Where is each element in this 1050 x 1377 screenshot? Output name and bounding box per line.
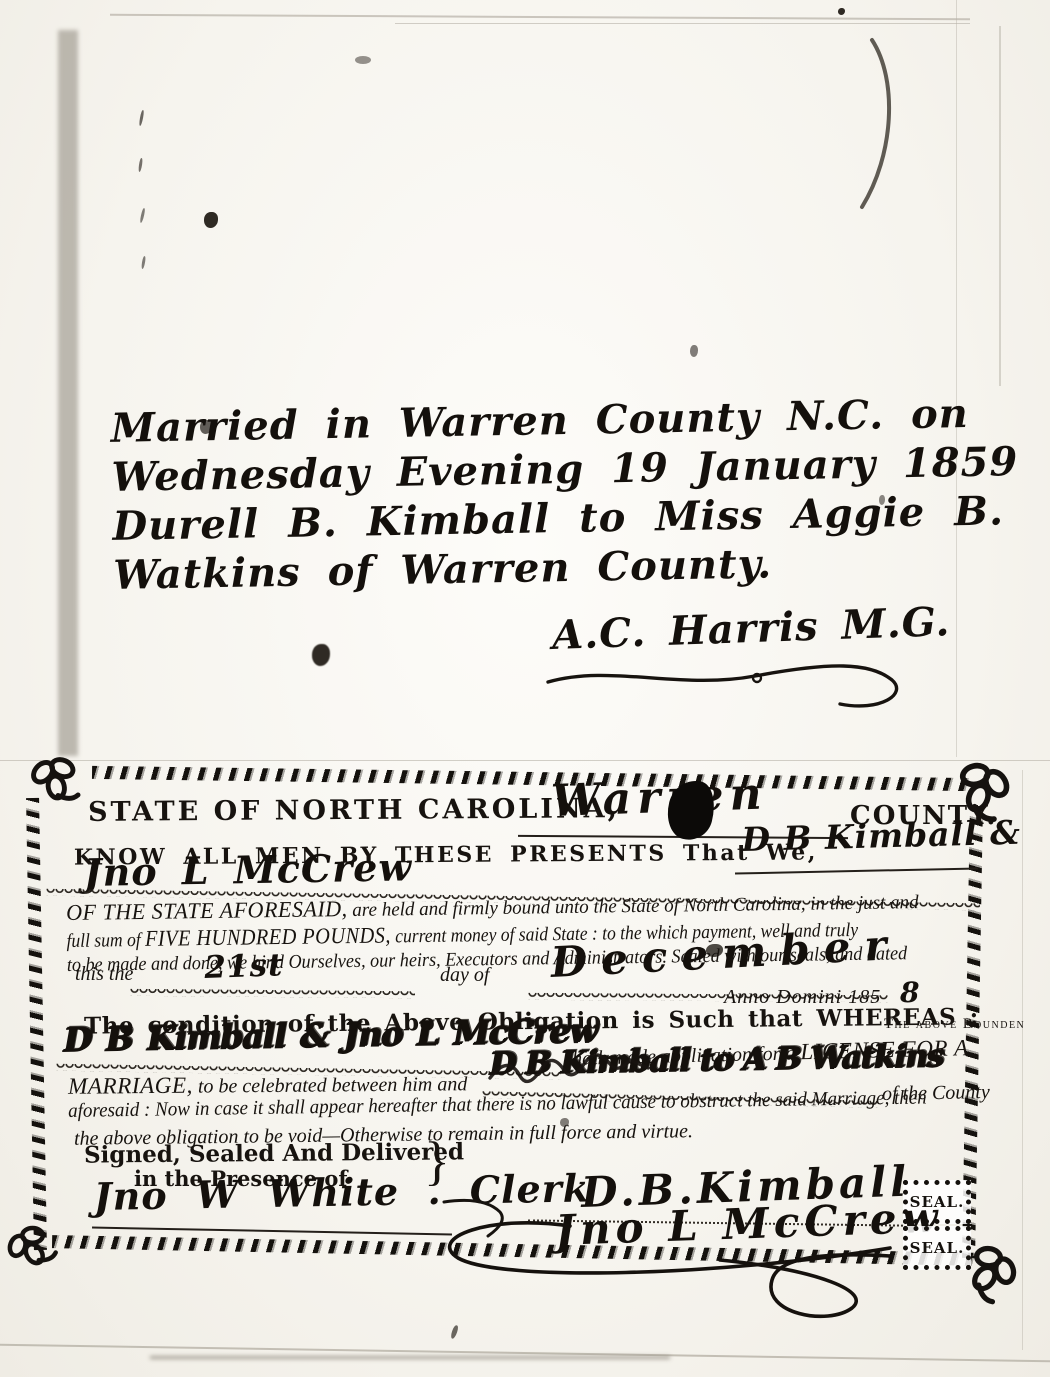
signed-sealed-label: Signed, Sealed And Delivered bbox=[84, 1138, 464, 1168]
officiant-signature: A.C. Harris M.G. bbox=[551, 598, 951, 659]
top-page-edge-2 bbox=[395, 23, 970, 24]
ink-speck bbox=[139, 110, 145, 126]
ink-speck bbox=[138, 158, 143, 172]
border-ribbon-top bbox=[92, 766, 974, 791]
witness-underline bbox=[92, 1227, 452, 1236]
signature-flourish bbox=[540, 660, 930, 720]
scanned-marriage-bond-document: { "colors": {"paper": "#f7f5f0", "ink": … bbox=[0, 0, 1050, 1377]
overwrite-scribble bbox=[486, 1052, 786, 1088]
county-handwritten: Warren bbox=[550, 768, 768, 827]
bottom-edge-smudge bbox=[150, 1356, 670, 1359]
bottom-page-edge bbox=[0, 1344, 1050, 1363]
state-heading: STATE OF NORTH CAROLINA, bbox=[88, 793, 620, 828]
ink-speck bbox=[450, 1325, 459, 1340]
scan-seam-line bbox=[0, 760, 1050, 761]
day-of-label: day of bbox=[440, 964, 489, 987]
corner-ornament-icon bbox=[0, 1214, 66, 1284]
ink-speck bbox=[139, 208, 145, 223]
paragraph-text: full sum of bbox=[66, 929, 145, 951]
ink-speck bbox=[141, 256, 146, 269]
marriage-return-note: Married in Warren County N.C. on Wednesd… bbox=[110, 388, 1020, 600]
border-ribbon-left bbox=[26, 798, 47, 1250]
pen-stroke bbox=[850, 35, 910, 215]
ink-speck bbox=[312, 644, 330, 666]
ink-speck bbox=[838, 8, 845, 15]
principal-rule bbox=[735, 867, 978, 874]
aforesaid-caps: OF THE STATE AFORESAID, bbox=[66, 896, 348, 925]
right-page-edge-2 bbox=[956, 0, 957, 757]
above-bounden-label: The above Bounden bbox=[884, 1016, 1025, 1033]
this-the-label: this the bbox=[75, 963, 133, 986]
left-page-edge-shadow bbox=[58, 30, 78, 756]
day-handwritten: 21st bbox=[204, 947, 284, 986]
bleedthrough-writing bbox=[295, 225, 835, 405]
day-wavy-rule bbox=[130, 989, 415, 998]
surety-signature-flourish bbox=[420, 1196, 1040, 1326]
principal-handwritten: D B Kimball & bbox=[741, 813, 1021, 859]
right-page-edge bbox=[999, 26, 1001, 386]
surety-handwritten: Jno L McCrew bbox=[83, 844, 412, 895]
marriage-caps: MARRIAGE, bbox=[68, 1073, 193, 1100]
five-hundred-pounds-caps: FIVE HUNDRED POUNDS, bbox=[145, 922, 391, 950]
ink-speck bbox=[355, 56, 371, 64]
ink-speck bbox=[204, 212, 218, 228]
corner-ornament-icon bbox=[23, 749, 87, 813]
